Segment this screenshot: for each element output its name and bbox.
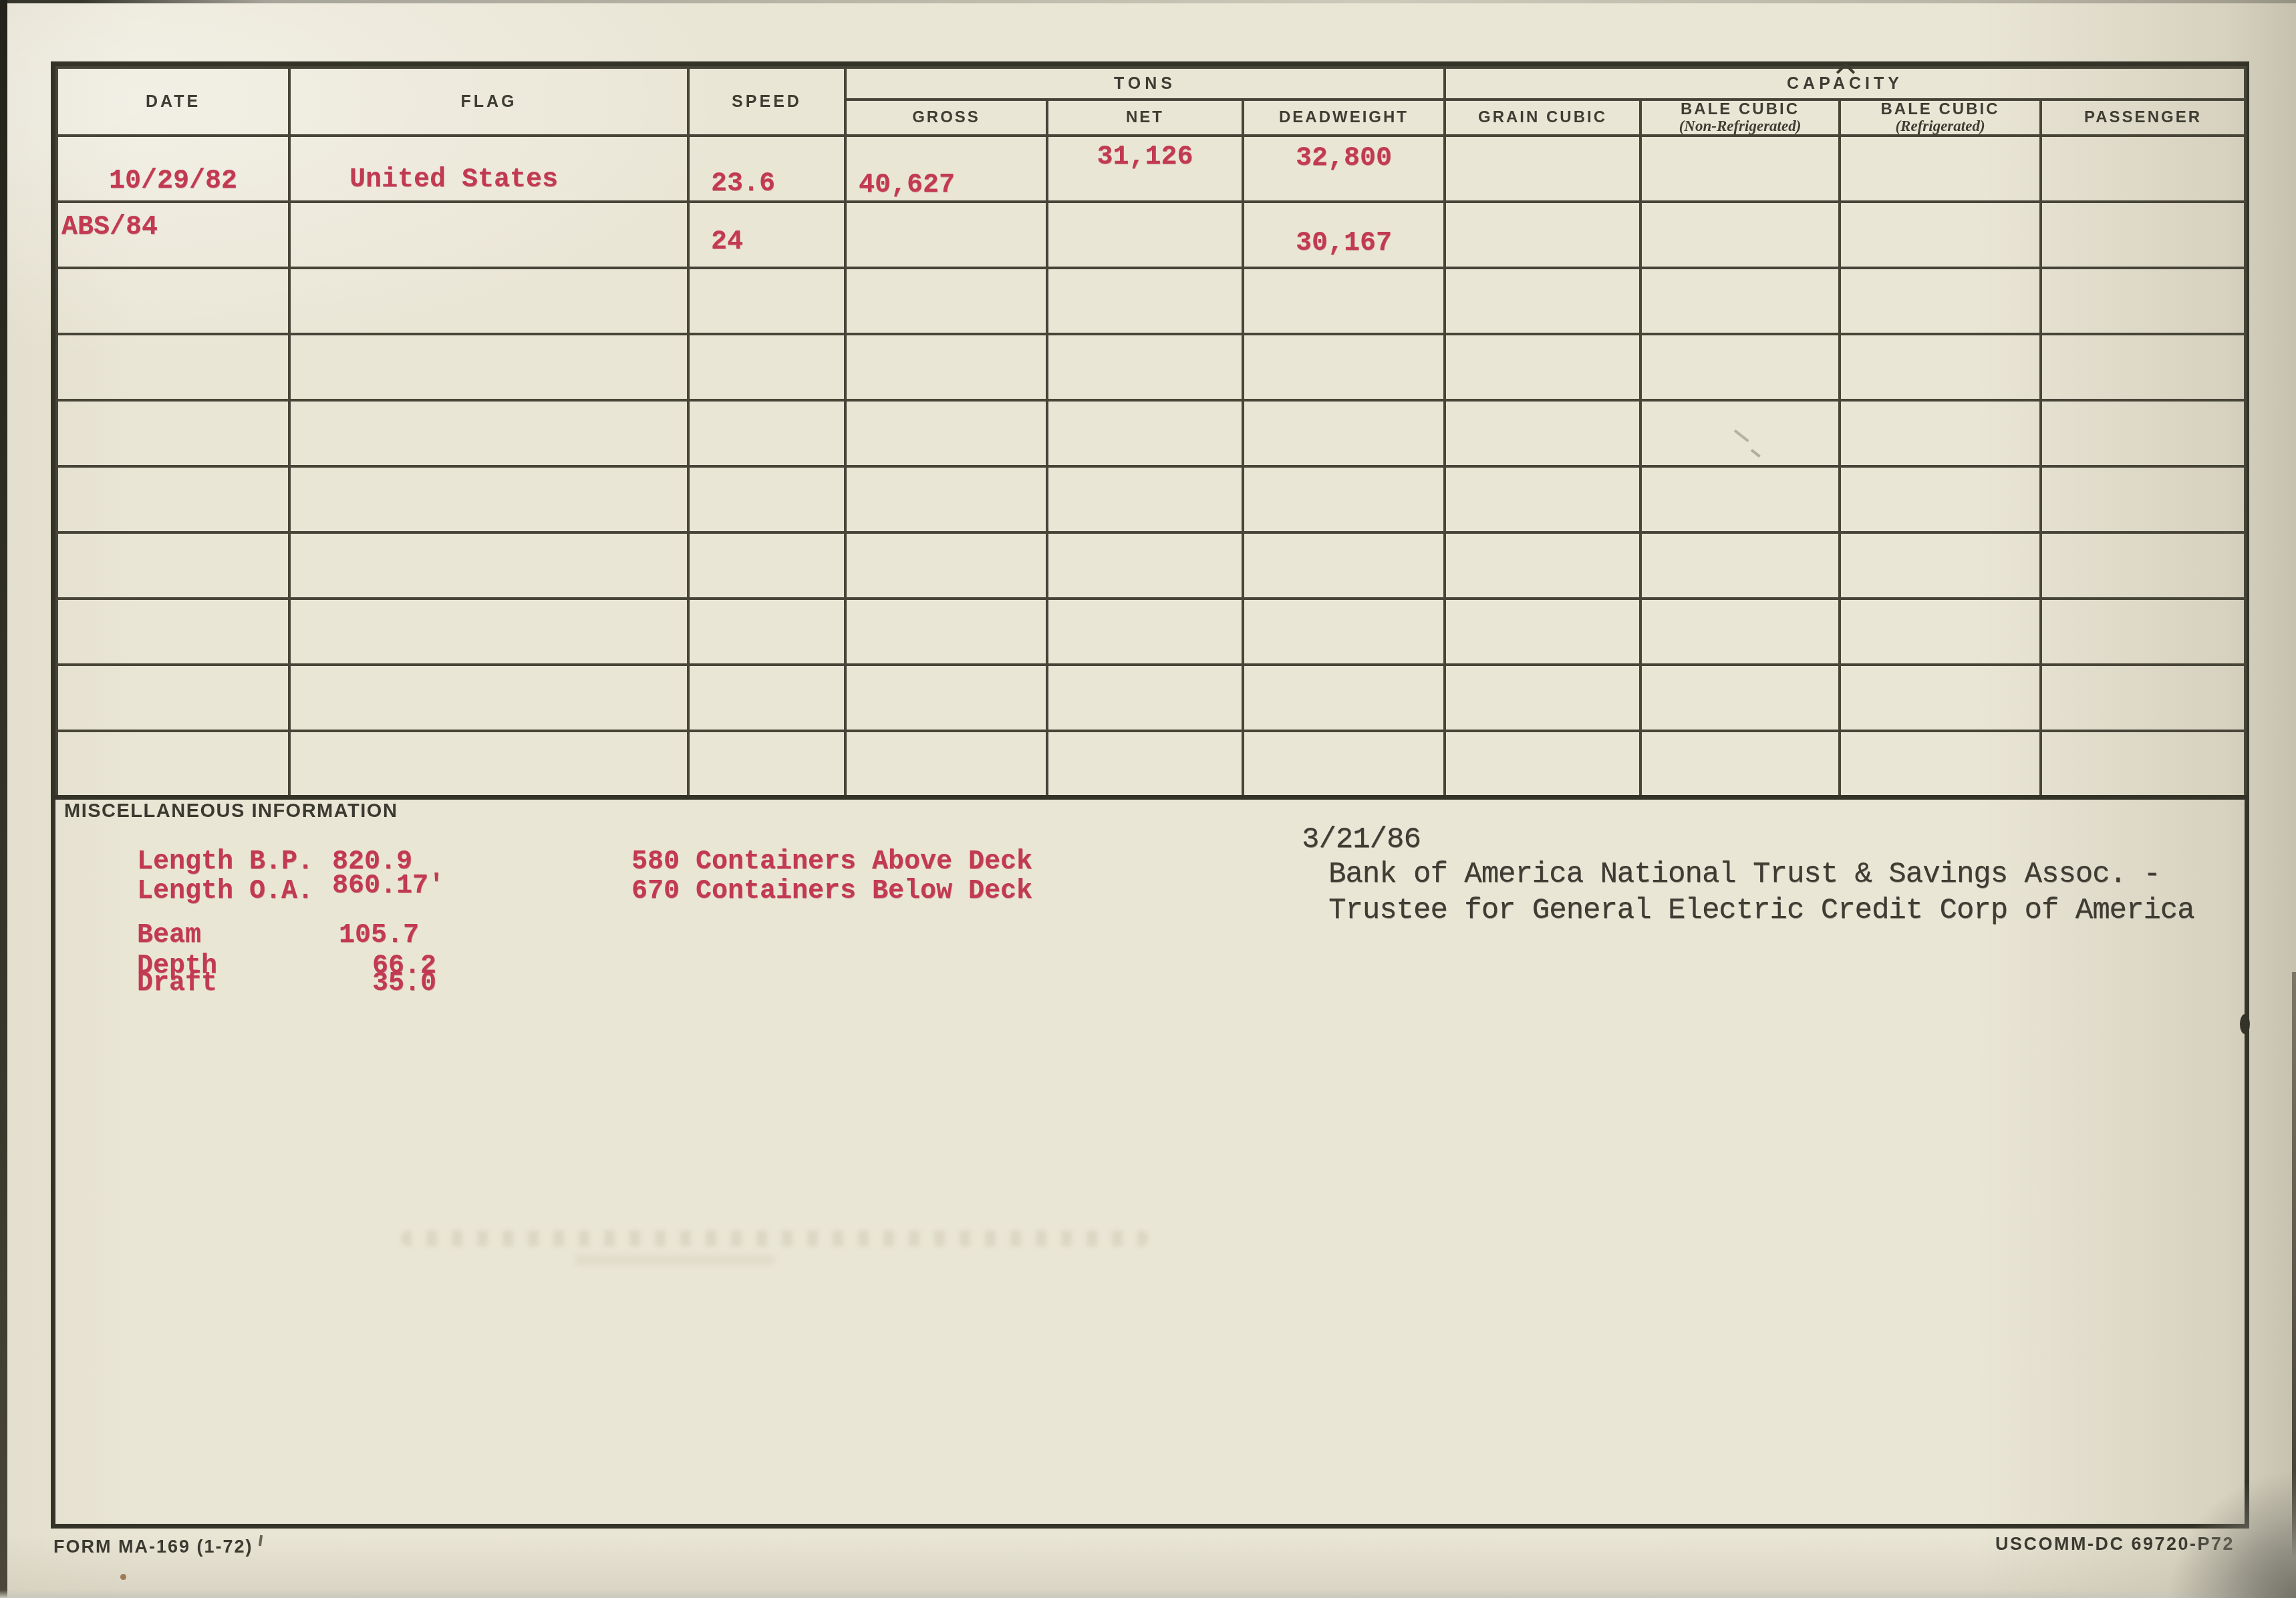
- note-date: 3/21/86: [1302, 823, 1421, 856]
- table-cell: [1243, 466, 1445, 532]
- table-cell: [1640, 268, 1840, 334]
- table-cell: [1840, 665, 2041, 731]
- table-cell: [1840, 202, 2041, 268]
- table-cell: [1445, 136, 1640, 202]
- table-cell: [1840, 466, 2041, 532]
- header-bale-ref-line2: (Refrigerated): [1841, 118, 2039, 134]
- table-cell: [1640, 532, 1840, 599]
- header-passenger: PASSENGER: [2041, 100, 2245, 136]
- table-cell: [1640, 599, 1840, 665]
- table-cell: [289, 665, 688, 731]
- header-date: DATE: [57, 67, 289, 136]
- table-cell: [57, 268, 289, 334]
- table-cell: [1047, 268, 1243, 334]
- table-cell: [1047, 731, 1243, 797]
- table-cell: [1840, 599, 2041, 665]
- table-cell: 23.6: [688, 136, 845, 202]
- table-row: [57, 665, 2245, 731]
- table-cell: [2041, 466, 2245, 532]
- table-cell: [845, 202, 1047, 268]
- dimension-value: 105.7: [339, 921, 419, 951]
- table-cell: [1840, 334, 2041, 400]
- table-cell: [1640, 334, 1840, 400]
- table-cell: [2041, 731, 2245, 797]
- table-cell: [1243, 599, 1445, 665]
- table-cell: [1445, 400, 1640, 466]
- table-cell: [845, 731, 1047, 797]
- table-cell: [289, 202, 688, 268]
- paper-speck: [120, 1574, 126, 1580]
- note-line: Trustee for General Electric Credit Corp…: [1328, 894, 2194, 927]
- table-cell: [289, 268, 688, 334]
- table-row: [57, 400, 2245, 466]
- table-cell: [57, 599, 289, 665]
- table-row: [57, 334, 2245, 400]
- table-cell: [1445, 202, 1640, 268]
- scan-edge-top: [0, 0, 2296, 3]
- table-cell: [57, 665, 289, 731]
- table-cell: [1047, 665, 1243, 731]
- table-cell: [2041, 334, 2245, 400]
- table-body: 10/29/82United States23.640,62731,12632,…: [57, 136, 2245, 797]
- table-cell: [1445, 334, 1640, 400]
- table-cell: [1047, 466, 1243, 532]
- table-cell: ABS/84: [57, 202, 289, 268]
- table-cell: [688, 599, 845, 665]
- table-cell: [1445, 532, 1640, 599]
- table-cell: [1243, 731, 1445, 797]
- ink-speck: [259, 1535, 263, 1546]
- table-cell: [57, 532, 289, 599]
- header-bale-cubic-nonref: BALE CUBIC (Non-Refrigerated): [1640, 100, 1840, 136]
- header-grain-cubic: GRAIN CUBIC: [1445, 100, 1640, 136]
- ink-bleedthrough: [575, 1255, 775, 1265]
- dimension-value: 860.17': [332, 871, 444, 901]
- table-row: [57, 599, 2245, 665]
- table-row: [57, 466, 2245, 532]
- table-cell: [1047, 334, 1243, 400]
- scan-edge-bottom: [0, 1590, 2296, 1598]
- form-number: FORM MA-169 (1-72): [53, 1537, 253, 1557]
- table-cell: [1840, 268, 2041, 334]
- table-cell: [1640, 731, 1840, 797]
- header-flag: FLAG: [289, 67, 688, 136]
- header-tons-group: TONS: [845, 67, 1445, 100]
- table-row: [57, 268, 2245, 334]
- table-cell: 40,627: [845, 136, 1047, 202]
- table-cell: [289, 599, 688, 665]
- table-cell: [1047, 400, 1243, 466]
- table-cell: [845, 400, 1047, 466]
- table-cell: [289, 466, 688, 532]
- header-bale-nonref-line2: (Non-Refrigerated): [1642, 118, 1838, 134]
- table-row: ABS/842430,167: [57, 202, 2245, 268]
- table-cell: [1047, 599, 1243, 665]
- table-cell: [1445, 268, 1640, 334]
- table-cell: United States: [289, 136, 688, 202]
- table-cell: [2041, 400, 2245, 466]
- table-cell: [1047, 532, 1243, 599]
- table-cell: [688, 334, 845, 400]
- table-cell: [289, 731, 688, 797]
- dimension-value: 35.0: [372, 969, 436, 999]
- ink-blob: [2240, 1014, 2250, 1034]
- table-cell: [1640, 665, 1840, 731]
- dimension-label: Draft: [137, 969, 217, 999]
- dimension-label: Beam: [137, 921, 201, 951]
- ink-bleedthrough: [401, 1231, 1149, 1247]
- header-deadweight: DEADWEIGHT: [1243, 100, 1445, 136]
- table-cell: [845, 665, 1047, 731]
- table-cell: [289, 334, 688, 400]
- table-cell: [1243, 268, 1445, 334]
- table-cell: [688, 532, 845, 599]
- table-cell: [688, 665, 845, 731]
- vessel-data-table: DATE FLAG SPEED TONS CAPACITY GROSS NET …: [55, 66, 2247, 800]
- table-cell: [688, 731, 845, 797]
- table-cell: 30,167: [1243, 202, 1445, 268]
- table-cell: [845, 334, 1047, 400]
- table-row: [57, 731, 2245, 797]
- table-cell: [1840, 136, 2041, 202]
- scan-edge-left: [0, 0, 7, 1598]
- table-cell: [57, 334, 289, 400]
- table-cell: [57, 466, 289, 532]
- note-line: Bank of America National Trust & Savings…: [1328, 858, 2160, 891]
- table-cell: [1445, 599, 1640, 665]
- table-cell: [2041, 268, 2245, 334]
- table-row: [57, 532, 2245, 599]
- table-cell: [1243, 532, 1445, 599]
- table-cell: [688, 268, 845, 334]
- header-passenger-label: PASSENGER: [2042, 109, 2244, 126]
- table-cell: 32,800: [1243, 136, 1445, 202]
- table-cell: [845, 532, 1047, 599]
- table-cell: [2041, 202, 2245, 268]
- dimension-line: Length O.A.860.17': [137, 876, 444, 907]
- header-bale-nonref-line1: BALE CUBIC: [1642, 101, 1838, 118]
- table-cell: 10/29/82: [57, 136, 289, 202]
- table-cell: [688, 400, 845, 466]
- misc-section-heading: MISCELLANEOUS INFORMATION: [64, 800, 398, 822]
- scan-corner-shadow: [2149, 1451, 2296, 1598]
- table-cell: [1640, 202, 1840, 268]
- dimension-label: Length O.A.: [137, 876, 313, 907]
- table-cell: [1243, 665, 1445, 731]
- table-cell: [2041, 532, 2245, 599]
- header-gross: GROSS: [845, 100, 1047, 136]
- containers-above-deck: 580 Containers Above Deck: [631, 847, 1032, 877]
- table-cell: [1243, 334, 1445, 400]
- scanned-form-page: DATE FLAG SPEED TONS CAPACITY GROSS NET …: [0, 0, 2296, 1598]
- table-cell: [1047, 202, 1243, 268]
- table-cell: [845, 599, 1047, 665]
- table-cell: [1445, 466, 1640, 532]
- table-cell: [2041, 599, 2245, 665]
- table-cell: [688, 466, 845, 532]
- table-cell: [1840, 532, 2041, 599]
- dimension-label: Length B.P.: [137, 847, 313, 877]
- table-cell: [1640, 466, 1840, 532]
- table-cell: 24: [688, 202, 845, 268]
- table-cell: [2041, 665, 2245, 731]
- table-row: 10/29/82United States23.640,62731,12632,…: [57, 136, 2245, 202]
- table-cell: [57, 400, 289, 466]
- table-cell: [845, 466, 1047, 532]
- table-cell: [1840, 731, 2041, 797]
- table-cell: [289, 532, 688, 599]
- table-cell: [1445, 731, 1640, 797]
- containers-below-deck: 670 Containers Below Deck: [631, 876, 1032, 907]
- table-cell: [1445, 665, 1640, 731]
- header-grain-cubic-label: GRAIN CUBIC: [1446, 109, 1639, 126]
- header-bale-ref-line1: BALE CUBIC: [1841, 101, 2039, 118]
- header-bale-cubic-ref: BALE CUBIC (Refrigerated): [1840, 100, 2041, 136]
- header-speed: SPEED: [688, 67, 845, 136]
- form-border-box: DATE FLAG SPEED TONS CAPACITY GROSS NET …: [51, 61, 2249, 1529]
- table-cell: [1243, 400, 1445, 466]
- table-cell: [1840, 400, 2041, 466]
- table-cell: 31,126: [1047, 136, 1243, 202]
- table-cell: [57, 731, 289, 797]
- dimension-line: Beam105.7: [137, 921, 419, 951]
- header-net: NET: [1047, 100, 1243, 136]
- table-cell: [845, 268, 1047, 334]
- table-cell: [289, 400, 688, 466]
- table-cell: [2041, 136, 2245, 202]
- table-cell: [1640, 136, 1840, 202]
- dimension-line: Draft35.0: [137, 969, 436, 999]
